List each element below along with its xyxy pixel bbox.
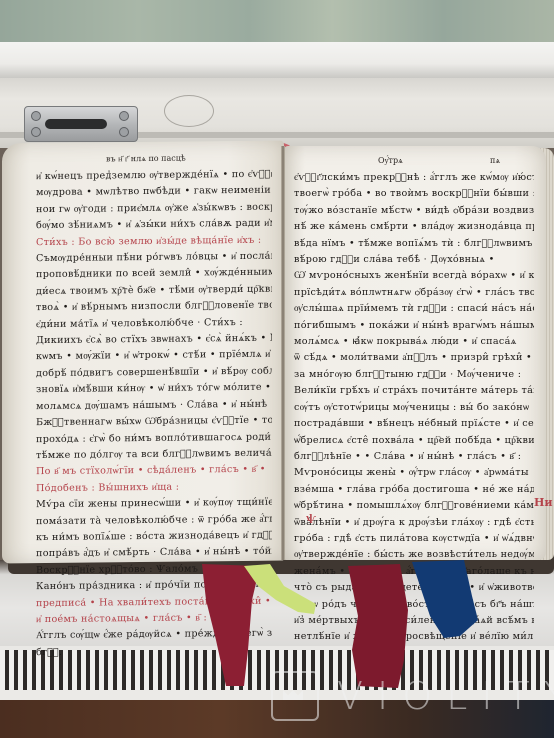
hinge-slot	[45, 119, 107, 129]
window-glass	[0, 0, 554, 44]
text-line: молѧ́мсѧ • ꙗ҆́кѡ покрыва́ѧ лю́ди • и҆ сп…	[294, 334, 534, 350]
text-line: нѣ́ же ка́мень смѣ́рти • вла́дѹ жизнода́…	[294, 219, 534, 235]
screw-icon	[119, 127, 129, 137]
left-page: въ н҃ г҃ нлѧ по пасцѣ и҆ кѡ́нецъ пред̾зе…	[2, 141, 284, 564]
text-line: ѿва́лѣнїи • и҆ дрѹ́га к дрѹ́зѣи гла́хѹ :…	[294, 515, 534, 531]
photo-scene: въ н҃ г҃ нлѧ по пасцѣ и҆ кѡ́нецъ пред̾зе…	[0, 0, 554, 738]
bottom-signature: ѱ	[306, 514, 316, 524]
text-line: По в҃ мъ стїхолѡ́гїи • сѣда́ленъ • гла́с…	[36, 462, 272, 481]
ribbon-green	[240, 560, 330, 620]
text-line: є҆ѵⷢ҇г҃лски́мъ прекрⷭ҇нѣ : а҆́гглъ же кѡ…	[294, 170, 534, 186]
text-line: вѣ́рою гдⷭ҇и сла́ва тебѣ̀ · Дѹхо́вныѧ •	[294, 252, 534, 268]
text-line: вѣ́да нїмъ • тѣ́мже вопїѧ́мъ тѝ : блгⷭ҇л…	[294, 236, 534, 252]
text-line: твоегѡ̀ гро́ба • во твоѝмъ воскрⷭ҇нїи бы…	[294, 186, 534, 202]
ring-stain	[164, 95, 214, 127]
folio-number: пѧ	[490, 156, 500, 165]
window-hinge	[24, 106, 138, 142]
text-line: Бжⷭ҇твеннагѡ вы́хѡ Ѡ҆бра́зницы є҆ѵⷢ҇тїе …	[36, 413, 272, 432]
text-line: сѹ́тъ ѹ҆стотѡ́рицы мѹ́ченицы : вы́ бо за…	[294, 400, 534, 416]
window-sash	[0, 42, 554, 80]
text-line: Мѵроно́сицы жены̀ • ѹ҆́трѡ гла́сѹ • а҆рѡ…	[294, 465, 534, 481]
screw-icon	[31, 127, 41, 137]
text-line: по́гибшымъ • пока́жи и҆ ны́нѣ врагѡ́мъ н…	[294, 318, 534, 334]
text-line: Мѵ́ра сїи жены принесѡ́ши • и҆ кѹ́пѹ тщи…	[36, 495, 272, 514]
text-line: пострада́вши • вѣ́нецъ не́бный прїѧ́сте …	[294, 416, 534, 432]
text-line: прїсѣди́тѧ во́плѡтнѧгѡ ѻ҆бра́зѹ є҆гѡ̀ • …	[294, 285, 534, 301]
screw-icon	[31, 111, 41, 121]
screw-icon	[119, 111, 129, 121]
text-line: ѹ҆слы́шаѧ прїи́мемъ тѝ гдⷭ҇и : спаси́ на…	[294, 301, 534, 317]
crown-logo-icon	[271, 671, 319, 721]
text-line: Вели́кїи грѣ́хъ и҆ стра́хъ почита́нте ма…	[294, 383, 534, 399]
text-line: твоѧ̀ • и҆ вѣ́рнымъ низпосли блгⷭ҇ловенї…	[36, 298, 272, 317]
text-line: зновїѧ и҆мѣ́вши ки́нѹ • ѡ҆ ни́хъ то́гѡ м…	[36, 380, 272, 399]
right-page: Оу҆́трѧ пѧ є҆ѵⷢ҇г҃лски́мъ прекрⷭ҇нѣ : а҆…	[284, 146, 546, 560]
text-line: бѹ́мо зѣ́ниѧмъ • и҆ ѧ҆зы́ки ни́хъ сла́вѫ…	[36, 216, 272, 235]
text-line: за мно́гѹю блгⷭ҇тыню гдⷭ҇и · Мѹ́чениче :	[294, 367, 534, 383]
text-line: тѹ́жо во́зстанїе мѣ́стѡ • ви́дѣ ѻ҆бра́зи…	[294, 203, 534, 219]
left-running-header: въ н҃ г҃ нлѧ по пасцѣ	[106, 154, 186, 164]
text-line: ѡ҆́брелисѧ є҆сте̂ похва́ла • цр҇ей побѣ́…	[294, 433, 534, 449]
watermark: VIOLITY	[271, 671, 554, 721]
text-line: блгⷭ҇лѣнїе • • Сла́ва • и҆ ны́нѣ • гла́с…	[294, 449, 534, 465]
text-line: гро́ба : гдѣ̀ є҆сть пила́това кѹстѡдїа •…	[294, 531, 534, 547]
right-running-header: Оу҆́трѧ	[378, 156, 403, 165]
text-line: ѿ сѣ́дѧ • моли́твами а҆пⷭ҇лъ • призри̂ г…	[294, 350, 534, 366]
text-line: взе́мша • гла́ва гро́ба достигоша • не́ …	[294, 482, 534, 498]
watermark-text: VIOLITY	[337, 674, 554, 718]
book-gutter	[281, 146, 285, 560]
text-line: ѡ҆брѣ́тина • помышлѧ́хѹ блгⷭ҇гове́ниеми …	[294, 498, 534, 514]
text-line: Ѡ҆ мѵроно́сныхъ женѣ́нїи всегда̀ во́рахѡ…	[294, 268, 534, 284]
ribbon-blue	[408, 556, 488, 646]
corner-folio: Ни	[534, 496, 553, 509]
